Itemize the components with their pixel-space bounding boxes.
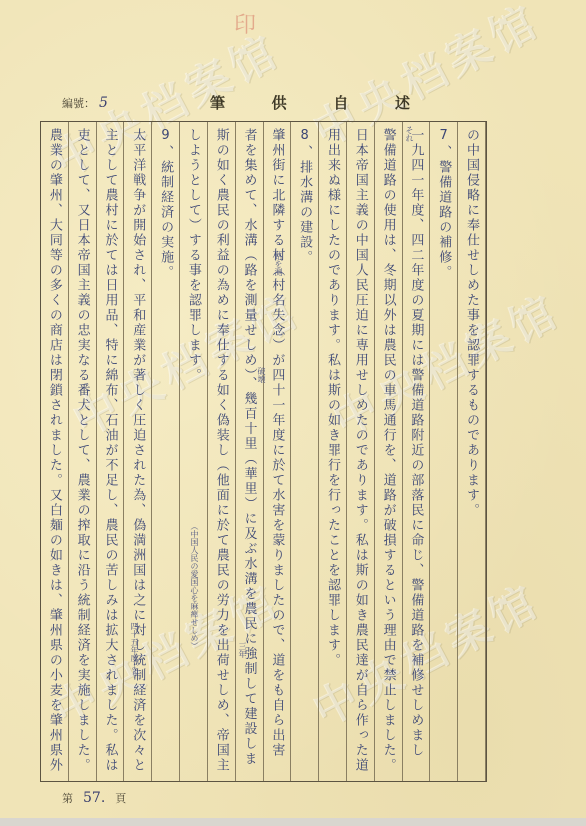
margin-note: （中国人民の愛国心を麻痺せしめ） <box>189 522 200 650</box>
text-column: 警備道路の使用は、冬期以外は農民の車馬通行を、道路が破損するという理由で禁止しま… <box>375 122 403 781</box>
document-page: 中央档案馆 中央档案馆 中央档案馆 中央档案馆 中央档案馆 中央档案馆 印 編號… <box>0 0 586 818</box>
page-number: 57. <box>83 790 105 806</box>
margin-note: それ <box>404 126 415 142</box>
text-column: 太平洋戦争が開始され、平和産業が著しく圧迫された為、偽満洲国は之に対し統制経済を… <box>124 122 152 781</box>
text-column: の中国侵略に奉仕せしめた事を認罪するものであります。 <box>458 122 486 781</box>
text-column: しようとして）する事を認罪します。 <box>180 122 208 781</box>
serial-number: 編號：5 <box>62 95 108 111</box>
text-column: 9、統制経済の実施。 <box>152 122 180 781</box>
page-footer: 第57.頁 <box>62 790 126 806</box>
text-column: 一九四一年度、四二年度の夏期には警備道路附近の部落民に命じ、警備道路を補修せしめ… <box>403 122 431 781</box>
text-column: 斯の如く農民の利益の為めに奉仕する如く偽装し（他面に於て農民の労力を出荷せしめ、… <box>208 122 236 781</box>
title-char: 自 <box>333 92 348 113</box>
text-column: 7、警備道路の補修。 <box>430 122 458 781</box>
text-column: 吏として、又日本帝国主義の忠実なる番犬として、農業の搾取に沿う統制経済を実施しま… <box>69 122 97 781</box>
serial-label: 編號： <box>62 97 95 110</box>
margin-note: 路を測 <box>273 252 284 276</box>
text-column: 日本帝国主義の中国人民圧迫に専用せしめたのであります。私は斯の如き農民達が自ら作… <box>347 122 375 781</box>
text-column: 主として農村に於ては日用品、特に綿布、石油が不足し、農民の苦しみは拡大されました… <box>97 122 125 781</box>
text-column: 用出来ぬ様にしたのであります。私は斯の如き罪行を行ったことを認罪します。 <box>319 122 347 781</box>
footer-prefix: 第 <box>62 792 73 805</box>
margin-note: 破壊 <box>256 367 267 383</box>
text-column: 農業の肇州、大同等の多くの商店は閉鎖されました。又白麺の如きは、肇州県の小麦を肇… <box>41 122 69 781</box>
serial-value: 5 <box>99 95 108 111</box>
red-seal-icon: 印 <box>232 10 258 42</box>
ruled-confession-sheet: 農業の肇州、大同等の多くの商店は閉鎖されました。又白麺の如きは、肇州県の小麦を肇… <box>40 121 487 782</box>
margin-note: 三年 <box>237 642 248 658</box>
footer-suffix: 頁 <box>115 792 126 805</box>
margin-note: 四十五年度より <box>129 622 140 678</box>
title-char: 供 <box>272 92 287 113</box>
document-title: 筆 供 自 述 <box>210 92 410 113</box>
title-char: 述 <box>395 92 410 113</box>
text-column: 者を集めて、水溝（路を測量せしめ）、幾百十里（華里）に及ぶ水溝を農民に強制して建… <box>236 122 264 781</box>
text-column: 8、排水溝の建設。 <box>291 122 319 781</box>
text-column: 肇州街に北隣する村（村名失念）が四十一年度に於て水害を蒙りましたので、道をも自ら… <box>264 122 292 781</box>
title-char: 筆 <box>210 92 225 113</box>
